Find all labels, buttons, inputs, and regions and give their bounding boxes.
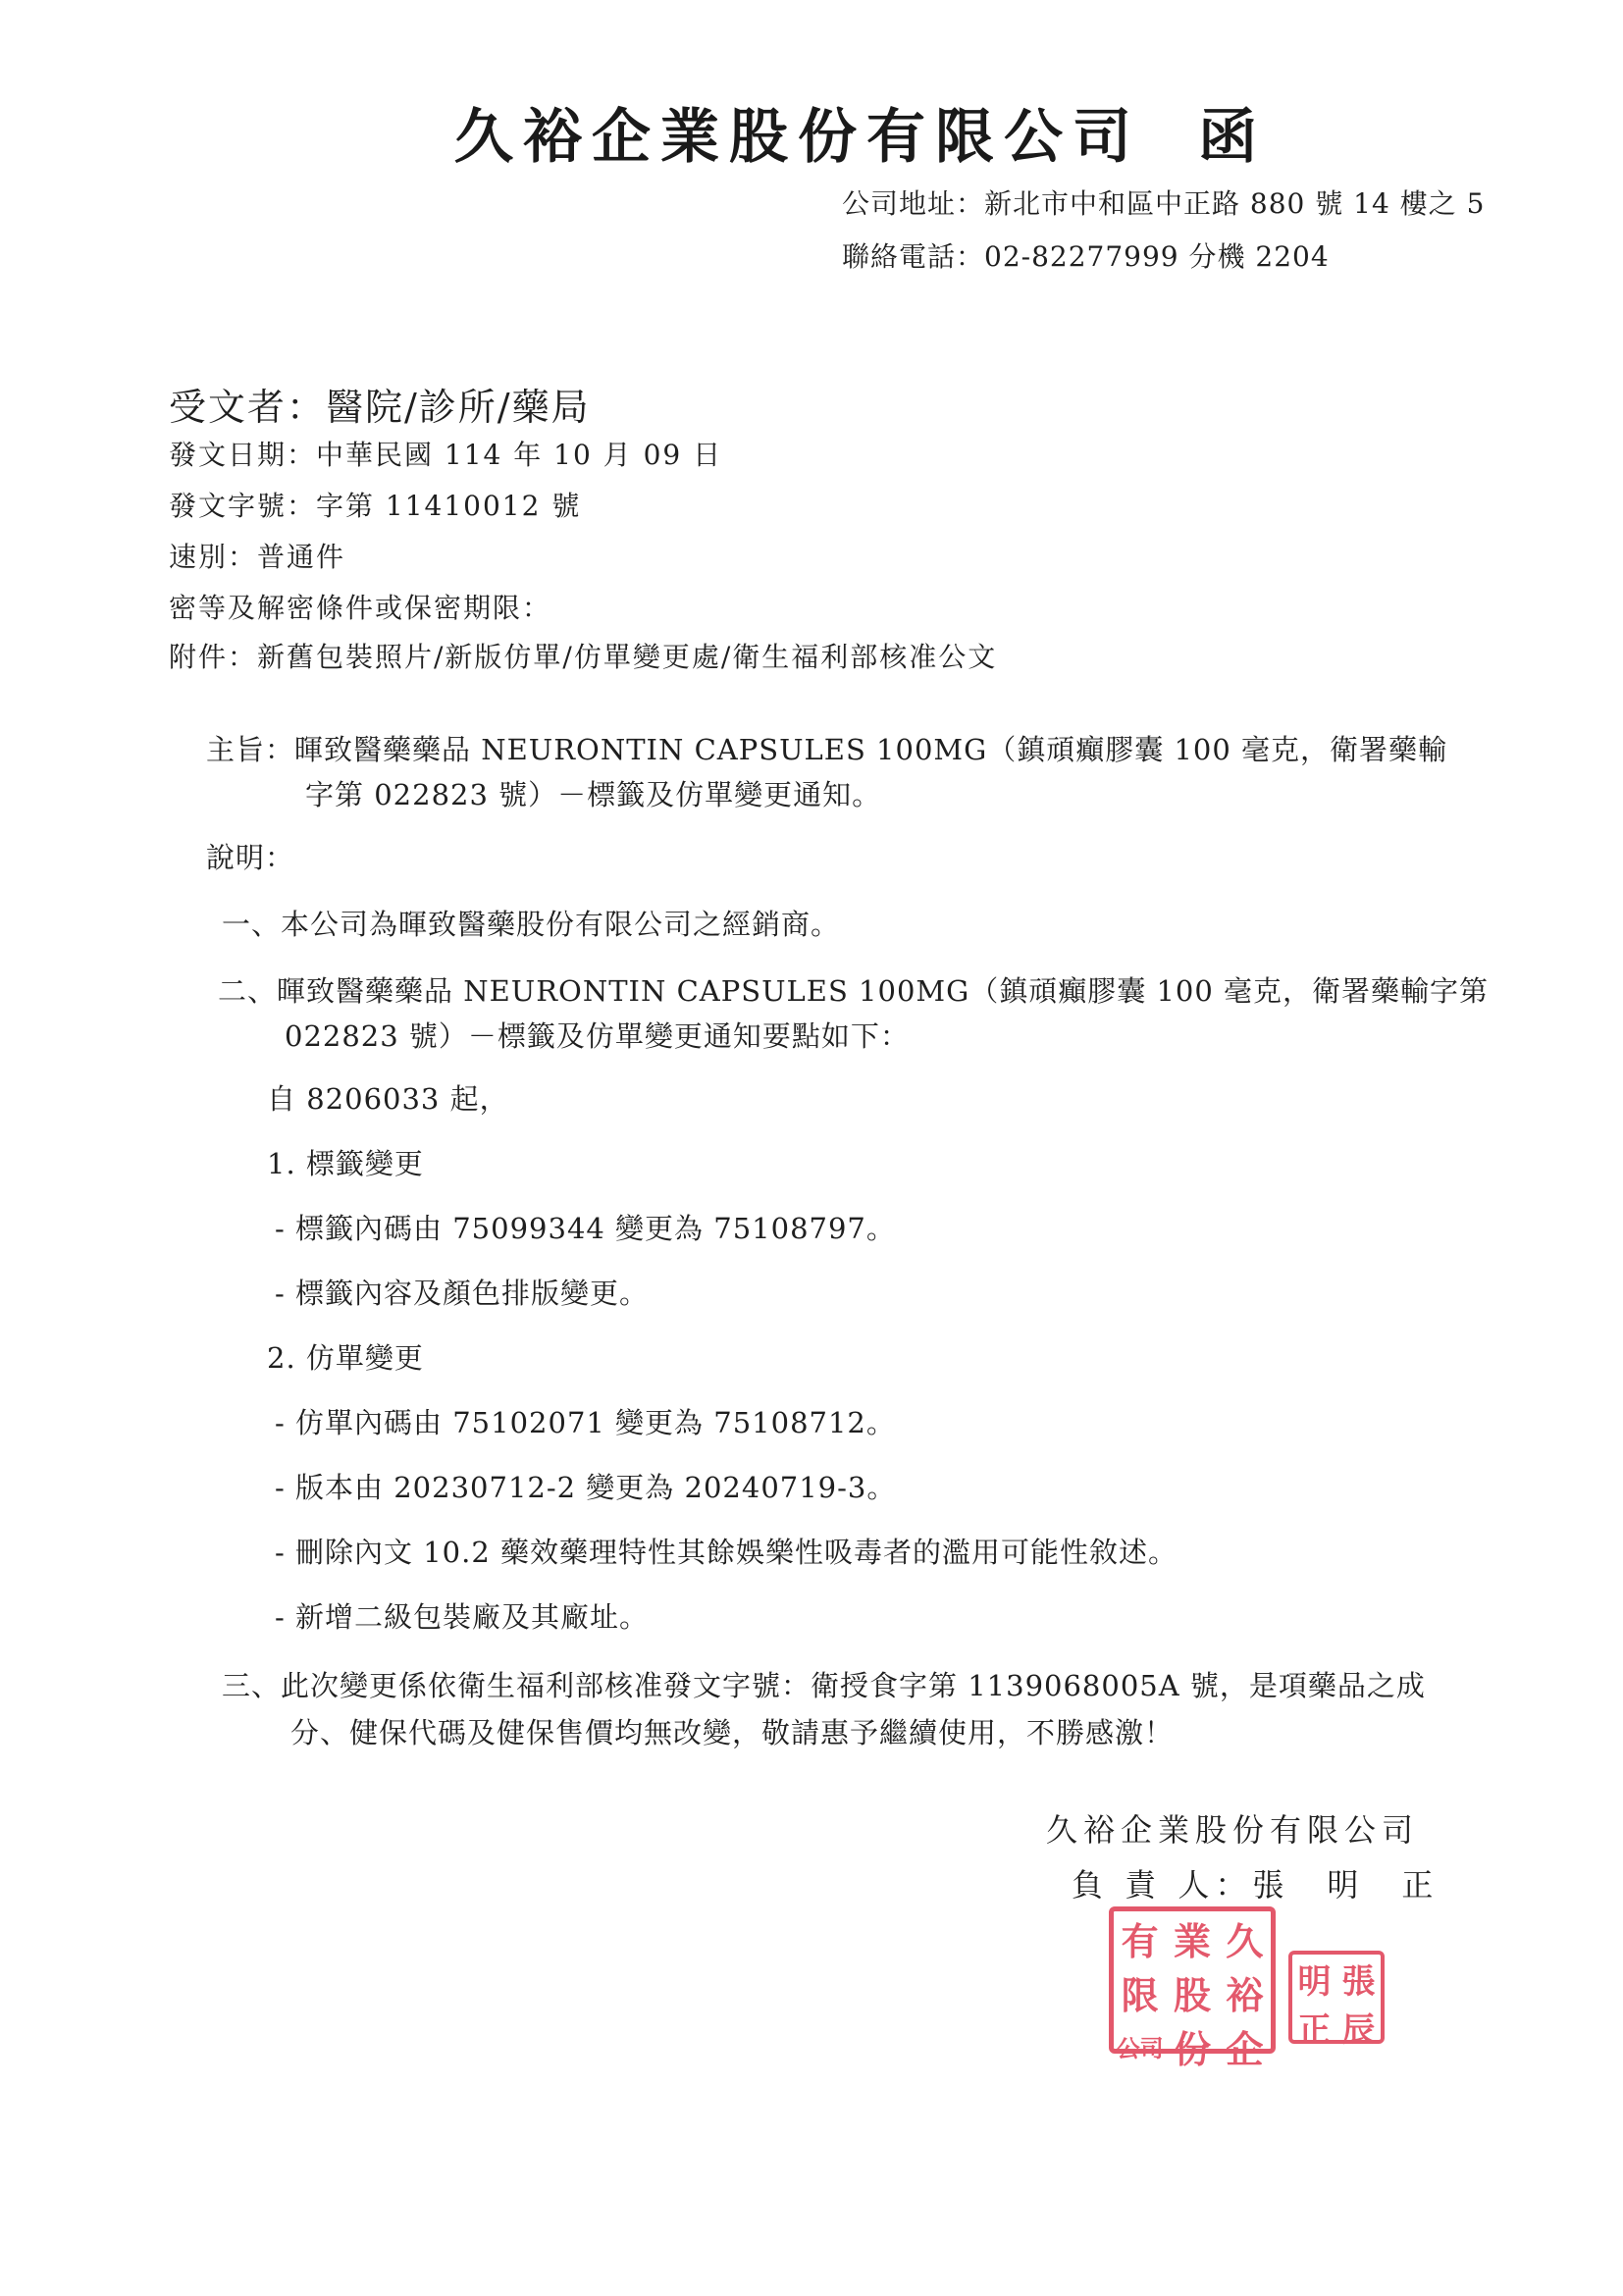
label-change-heading: 1. 標籤變更 [267, 1142, 424, 1182]
confidentiality: 密等及解密條件或保密期限： [169, 587, 551, 626]
seal-char: 份 [1166, 2019, 1218, 2073]
personal-seal-stamp: 明 張 正 辰 [1288, 1951, 1385, 2044]
signature-company: 久裕企業股份有限公司 [1046, 1805, 1419, 1851]
letterhead-title: 久裕企業股份有限公司函 [454, 90, 1267, 175]
reference-number: 發文字號：字第 11410012 號 [169, 485, 581, 524]
effective-batch: 自 8206033 起， [267, 1077, 509, 1118]
seal-char: 公司 [1114, 2019, 1166, 2073]
seal-char: 裕 [1219, 1965, 1271, 2019]
document-type: 函 [1198, 103, 1267, 172]
seal-char: 久 [1219, 1911, 1271, 1965]
explanation-label: 說明： [206, 836, 294, 876]
seal-char: 明 [1292, 1955, 1336, 2003]
label-change-point: - 標籤內容及顏色排版變更。 [275, 1272, 649, 1312]
issue-date: 發文日期：中華民國 114 年 10 月 09 日 [169, 434, 722, 473]
explanation-item-1: 一、本公司為暉致醫藥股份有限公司之經銷商。 [222, 903, 840, 943]
attachments: 附件：新舊包裝照片/新版仿單/仿單變更處/衛生福利部核准公文 [169, 636, 997, 675]
seal-char: 張 [1336, 1955, 1381, 2003]
company-address: 公司地址：新北市中和區中正路 880 號 14 樓之 5 [842, 183, 1485, 222]
seal-char: 有 [1114, 1911, 1166, 1965]
recipient: 受文者：醫院/診所/藥局 [169, 377, 591, 431]
priority: 速別：普通件 [169, 536, 345, 575]
explanation-item-3-line-1: 三、此次變更係依衛生福利部核准發文字號：衛授食字第 1139068005A 號，… [222, 1664, 1426, 1704]
company-seal-stamp: 有 業 久 限 股 裕 公司 份 企 [1109, 1906, 1276, 2054]
insert-change-heading: 2. 仿單變更 [267, 1336, 424, 1377]
label-change-point: - 標籤內碼由 75099344 變更為 75108797。 [275, 1207, 896, 1247]
seal-char: 限 [1114, 1965, 1166, 2019]
seal-char: 業 [1166, 1911, 1218, 1965]
insert-change-point: - 刪除內文 10.2 藥效藥理特性其餘娛樂性吸毒者的濫用可能性敘述。 [275, 1531, 1178, 1571]
seal-char: 企 [1219, 2019, 1271, 2073]
explanation-item-2-line-2: 022823 號）－標籤及仿單變更通知要點如下： [285, 1015, 910, 1055]
company-name: 久裕企業股份有限公司 [454, 103, 1141, 172]
explanation-item-3-line-2: 分、健保代碼及健保售價均無改變，敬請惠予繼續使用，不勝感激！ [290, 1711, 1174, 1751]
insert-change-point: - 仿單內碼由 75102071 變更為 75108712。 [275, 1401, 896, 1441]
subject-line-1: 主旨：暉致醫藥藥品 NEURONTIN CAPSULES 100MG（鎮頑癲膠囊… [206, 728, 1447, 768]
seal-char: 辰 [1336, 2003, 1381, 2051]
seal-char: 正 [1292, 2003, 1336, 2051]
signature-responsible-person: 負 責 人：張 明 正 [1072, 1860, 1439, 1905]
subject-line-2: 字第 022823 號）－標籤及仿單變更通知。 [305, 773, 881, 813]
explanation-item-2-line-1: 二、暉致醫藥藥品 NEURONTIN CAPSULES 100MG（鎮頑癲膠囊 … [218, 969, 1489, 1010]
company-phone: 聯絡電話：02-82277999 分機 2204 [842, 235, 1330, 275]
insert-change-point: - 版本由 20230712-2 變更為 20240719-3。 [275, 1466, 896, 1506]
seal-char: 股 [1166, 1965, 1218, 2019]
insert-change-point: - 新增二級包裝廠及其廠址。 [275, 1595, 649, 1636]
